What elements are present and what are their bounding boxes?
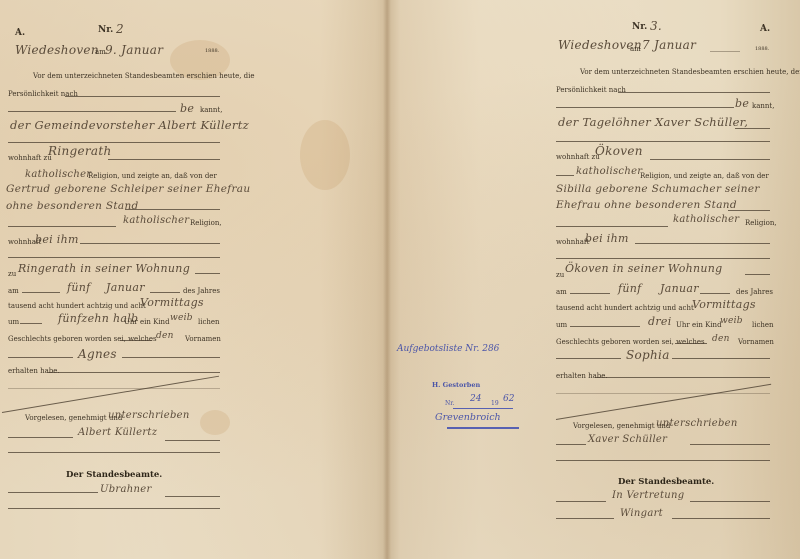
registration-date: 7 Januar [642, 38, 696, 52]
strike-line [2, 376, 219, 413]
child-sex: weib [170, 313, 193, 323]
strike-line [556, 384, 771, 420]
right-page: Nr. 3. A. Wiedeshoven am 7 Januar 1888. … [390, 0, 800, 559]
rule [635, 243, 770, 244]
rule [700, 293, 730, 294]
mother-religion: katholischer [673, 214, 739, 225]
rule [650, 159, 770, 160]
year: 1888. [205, 48, 219, 54]
vornamen-label: Vornamen [738, 338, 774, 346]
birth-month: Januar [660, 282, 699, 295]
mother-name: Gertrud geborene Schleiper seiner Ehefra… [6, 183, 250, 195]
official-signature-line-1: In Vertretung [612, 490, 685, 501]
rule [690, 444, 770, 445]
entry-number: 3. [650, 19, 662, 33]
rule [690, 501, 770, 502]
series-letter: A. [760, 24, 770, 34]
rule [745, 274, 770, 275]
informant-signature: Albert Küllertz [78, 427, 157, 438]
rule [8, 388, 220, 389]
rule [65, 96, 220, 97]
birth-day: fünf [67, 281, 91, 294]
mother-status: ohne besonderen Stand [6, 200, 139, 212]
uhr-kind: Uhr ein Kind [124, 318, 170, 326]
intro-line-1: Vor dem unterzeichneten Standesbeamten e… [33, 72, 255, 80]
year: 1888. [755, 46, 769, 52]
rule [20, 323, 42, 324]
rule [618, 92, 770, 93]
rule [8, 452, 220, 453]
rule [8, 492, 98, 493]
zu-label: zu [556, 271, 564, 279]
rule [165, 496, 220, 497]
rule [8, 111, 176, 112]
rule [672, 518, 770, 519]
rule [556, 358, 621, 359]
year-text: tausend acht hundert achtzig und acht [556, 304, 694, 312]
am-label: am [556, 288, 567, 296]
zu-label: zu [8, 270, 16, 278]
signed-hand: unterschrieben [108, 410, 190, 421]
registration-date: 9. Januar [105, 43, 163, 57]
rule [22, 292, 60, 293]
rule [8, 226, 116, 227]
informant-signature: Xaver Schüller [588, 434, 667, 445]
rule [165, 440, 220, 441]
birth-month: Januar [106, 281, 145, 294]
official-signature: Ubrahner [100, 484, 152, 495]
rule [556, 141, 770, 142]
religion-line: Religion, und zeigte an, daß von der [88, 172, 217, 180]
rule [675, 343, 707, 344]
known-label: kannt, [752, 102, 774, 110]
child-name: Sophia [626, 348, 670, 362]
mother-status: Ehefrau ohne besonderen Stand [556, 199, 737, 211]
time-of-day: Vormittags [692, 298, 756, 311]
official-signature-line-2: Wingart [620, 508, 663, 519]
erhalten-label: erhalten habe. [8, 367, 60, 375]
rule [150, 292, 180, 293]
am-label: am [630, 45, 641, 53]
entry-number-label: Nr. [632, 22, 647, 32]
birthplace: Ökoven in seiner Wohnung [565, 262, 723, 275]
erhalten-label: erhalten habe. [556, 372, 608, 380]
am-label: am [8, 287, 19, 295]
rule [120, 340, 152, 341]
rule [556, 175, 574, 176]
informant-residence: Ökoven [595, 144, 643, 158]
rule [710, 51, 740, 52]
rule [556, 107, 734, 108]
known-label: kannt, [200, 106, 222, 114]
series-letter: A. [15, 28, 25, 38]
rule [728, 210, 770, 211]
left-page: A. Nr. 2 Wiedeshoven am 9. Januar 1888. … [0, 0, 388, 559]
rule [8, 437, 73, 438]
um-label: um [8, 318, 19, 326]
mother-residence: bei ihm [35, 233, 79, 246]
vorname-article: den [156, 331, 174, 341]
child-name: Agnes [78, 347, 117, 361]
mother-residence: bei ihm [585, 232, 629, 245]
informant: der Tagelöhner Xaver Schüller, [558, 115, 748, 129]
rule [8, 257, 220, 258]
entry-number-label: Nr. [98, 25, 113, 35]
entry-number: 2 [116, 22, 124, 36]
rule [125, 209, 220, 210]
informant: der Gemeindevorsteher Albert Küllertz [10, 118, 249, 132]
official-title: Der Standesbeamte. [618, 477, 714, 487]
rule [556, 460, 770, 461]
vorname-article: den [712, 334, 730, 344]
gender-line: Geschlechts geboren worden sei, welches [556, 338, 705, 346]
gender-line: Geschlechts geboren worden sei, welches [8, 335, 157, 343]
mother-name: Sibilla geborene Schumacher seiner [556, 183, 760, 195]
rule [556, 393, 770, 394]
residence-label: wohnhaft zu [8, 154, 52, 162]
rule [672, 358, 770, 359]
official-title: Der Standesbeamte. [66, 470, 162, 480]
time-of-day: Vormittags [140, 296, 204, 309]
mother-religion: katholischer [123, 215, 189, 226]
rule [570, 293, 610, 294]
rule [8, 142, 220, 143]
rule [8, 508, 220, 509]
signed-hand: unterschrieben [656, 418, 738, 429]
rule [556, 501, 606, 502]
vornamen-label: Vornamen [185, 335, 221, 343]
rule [556, 518, 614, 519]
lichen-label: lichen [752, 321, 774, 329]
rule [48, 372, 220, 373]
rule [122, 357, 220, 358]
rule [108, 159, 220, 160]
uhr-kind: Uhr ein Kind [676, 321, 722, 329]
rule [735, 128, 770, 129]
rule [195, 273, 220, 274]
um-label: um [556, 321, 567, 329]
known-suffix: be [180, 102, 194, 115]
rule [595, 377, 770, 378]
known-suffix: be [735, 97, 749, 110]
intro-line-2: Persönlichkeit nach [556, 86, 626, 94]
place: Wiedeshoven [15, 43, 99, 57]
religion-label: Religion, [745, 219, 777, 227]
rule [80, 243, 220, 244]
rule [556, 444, 586, 445]
rule [556, 226, 668, 227]
des-jahres: des Jahres [183, 287, 220, 295]
rule [8, 357, 73, 358]
religion-label: Religion, [190, 219, 222, 227]
rule [556, 258, 770, 259]
religion-line: Religion, und zeigte an, daß von der [640, 172, 769, 180]
birth-day: fünf [618, 282, 642, 295]
birth-hour: drei [648, 315, 672, 328]
child-sex: weib [720, 316, 743, 326]
informant-residence: Ringerath [48, 144, 112, 158]
register-spread: A. Nr. 2 Wiedeshoven am 9. Januar 1888. … [0, 0, 800, 559]
year-text: tausend acht hundert achtzig und acht [8, 302, 146, 310]
intro-line-1: Vor dem unterzeichneten Standesbeamten e… [580, 68, 800, 76]
rule [570, 326, 640, 327]
residence-label: wohnhaft zu [556, 153, 600, 161]
lichen-label: lichen [198, 318, 220, 326]
informant-religion: katholischer [25, 169, 91, 180]
des-jahres: des Jahres [736, 288, 773, 296]
informant-religion: katholischer [576, 166, 642, 177]
birthplace: Ringerath in seiner Wohnung [18, 262, 190, 275]
